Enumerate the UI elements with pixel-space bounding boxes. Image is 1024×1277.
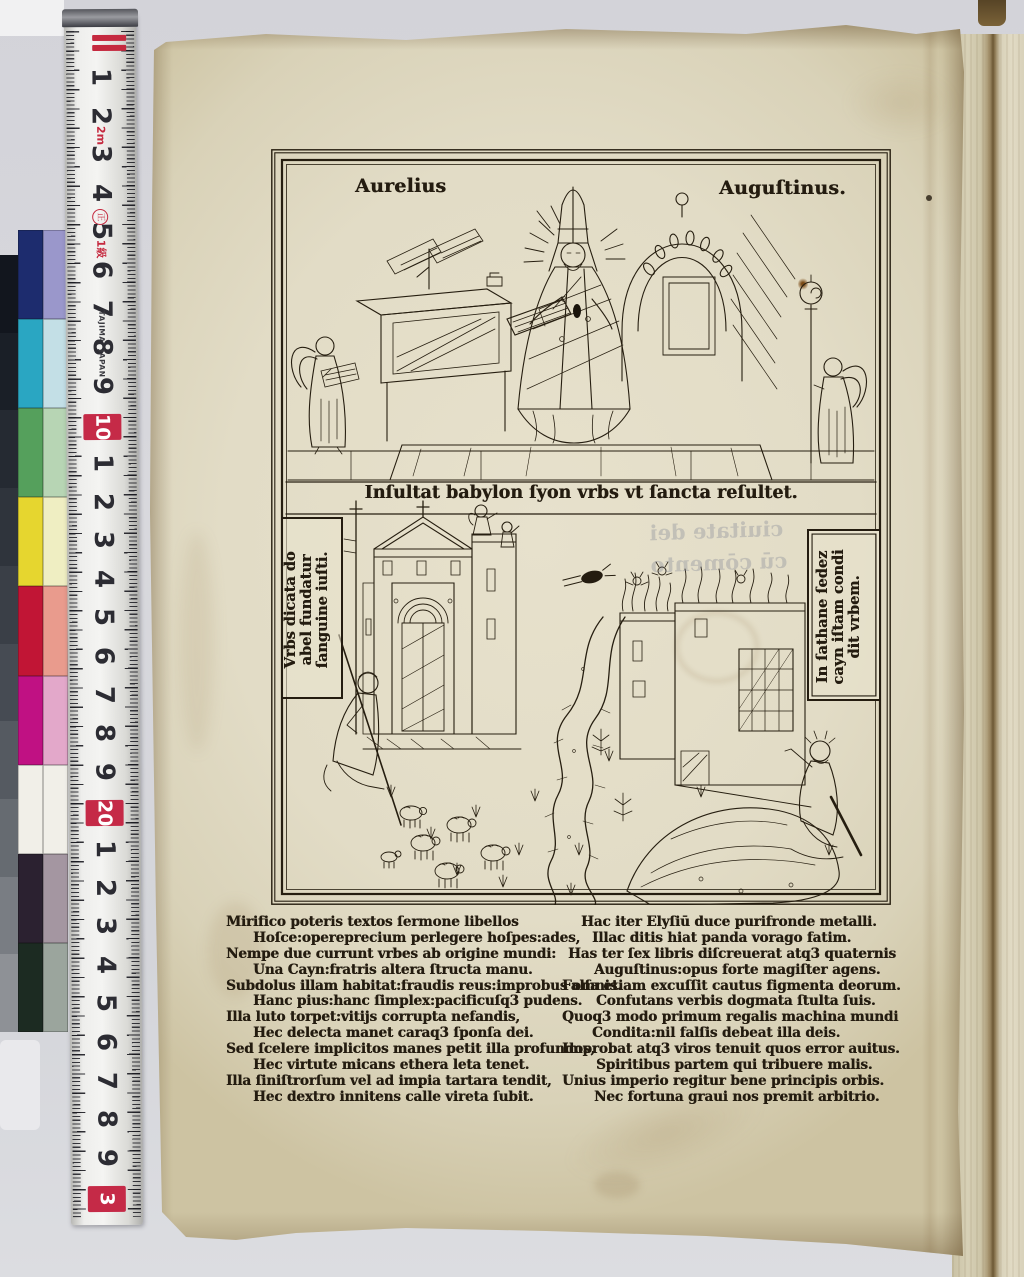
verse-line: Illa luto torpet:vitijs corrupta nefandi… (226, 1009, 560, 1025)
ruler-ticks-right-long (121, 31, 141, 1217)
page-crease (922, 12, 938, 1262)
ruler-number-30cm: 3 (88, 1186, 126, 1212)
ruler-number: 1 (88, 448, 118, 478)
ruler-brand-tajima: TAJIMA (97, 310, 106, 334)
color-patch (43, 408, 68, 497)
gray-step (0, 566, 18, 644)
woodcut-label-aurelius: Aurelius (355, 175, 446, 197)
color-patch (43, 765, 68, 854)
ruler-number-20cm: 20 (86, 800, 124, 826)
verse-line: Hec dextro innitens calle vireta ſubit. (226, 1089, 560, 1105)
color-patch (18, 854, 43, 943)
woodcut-label-augustinus: Auguſtinus. (719, 177, 846, 199)
verse-line: Nempe due currunt vrbes ab origine mundi… (226, 946, 560, 962)
verse-line: Hanc pius:hanc ſimplex:pacificuſq3 puden… (226, 993, 560, 1009)
banner-left-text: Vrbs dicata do abel fundatur ſanguine iu… (283, 519, 345, 701)
ruler-number: 1 (85, 62, 115, 92)
city-of-god (363, 501, 521, 749)
ruler-number: 4 (86, 178, 116, 208)
verse-line: Subdolus illam habitat:fraudis reus:impr… (226, 978, 560, 994)
backing-sheet-edge (0, 1040, 40, 1130)
verse-line: Mirifico poteris textos ſermone libellos (226, 914, 560, 930)
verse-line: Hec delecta manet caraq3 ſponſa dei. (226, 1025, 560, 1041)
color-chart-saturated-column (18, 230, 43, 1032)
ruler-brand-japan: JAPAN (97, 349, 106, 373)
ruler-number: 1 (90, 834, 120, 864)
gray-step (0, 644, 18, 722)
verse-line: Illa ſiniſtrorſum vel ad impia tartara t… (226, 1073, 560, 1089)
color-patch (43, 943, 68, 1032)
color-patch (43, 497, 68, 586)
ruler-number: 6 (89, 641, 119, 671)
verse-line: Condita:nil falſis debeat illa deis. (554, 1025, 904, 1041)
color-patch (43, 586, 68, 675)
foxing-top-right (846, 70, 956, 136)
angel-left (292, 337, 359, 454)
banner-city-of-abel: Vrbs dicata do abel fundatur ſanguine iu… (281, 517, 343, 699)
verse-line: Auguſtinus:opus forte magiſter agens. (554, 962, 904, 978)
grayscale-step-wedge (0, 255, 18, 1032)
verse-line: Una Cayn:fratris altera ſtructa manu. (226, 962, 560, 978)
ruler-number: 2 (88, 486, 118, 516)
verse-line: Illac ditis hiat panda vorago fatim. (554, 930, 904, 946)
ruler-number: 7 (91, 1065, 121, 1095)
banner-left-line: Vrbs dicata do (283, 519, 299, 701)
ruler-end-clip (62, 9, 138, 27)
binding-headband (978, 0, 1006, 26)
verse-line: Falſa etiam excuſſit cautus figmenta deo… (554, 978, 904, 994)
gray-step (0, 410, 18, 488)
color-patch (43, 854, 68, 943)
gray-step (0, 721, 18, 799)
grass (387, 729, 833, 895)
verse-line: Improbat atq3 viros tenuit quos error au… (554, 1041, 904, 1057)
verse-line: Nec fortuna graui nos premit arbitrio. (554, 1089, 904, 1105)
verse-line: Confutans verbis dogmata ſtulta ſuis. (554, 993, 904, 1009)
water-stain-small (594, 1172, 640, 1198)
gray-step (0, 488, 18, 566)
verse-line: Unius imperio regitur bene principis orb… (554, 1073, 904, 1089)
ruler-number: 8 (91, 1104, 121, 1134)
ruler-number: 3 (86, 139, 116, 169)
color-patch (18, 408, 43, 497)
ruler-number-10cm: 10 (83, 414, 121, 440)
gray-step (0, 255, 18, 333)
color-patch (18, 230, 43, 319)
color-patch (18, 765, 43, 854)
verse-line: Spiritibus partem qui tribuere malis. (554, 1057, 904, 1073)
color-patch (18, 319, 43, 408)
city-of-babylon-burning (620, 562, 811, 807)
page-edge-shadow-top (146, 20, 966, 50)
page-edge-shadow-bottom (146, 1212, 966, 1262)
sheep-flock (381, 806, 510, 888)
ruler-number: 6 (86, 255, 116, 285)
woodcut-frame: Aurelius Auguſtinus. Inſultat babylon ſy… (271, 149, 891, 905)
gray-step (0, 333, 18, 411)
gray-step (0, 877, 18, 955)
photograph-of-incunable-leaf: Aurelius Auguſtinus. Inſultat babylon ſy… (0, 0, 1024, 1277)
ruler-number: 6 (91, 1027, 121, 1057)
ruler-number: 2 (90, 872, 120, 902)
verse-line: Hec virtute micans ethera leta tenet. (226, 1057, 560, 1073)
verse-line: Quoq3 modo primum regalis machina mundi (554, 1009, 904, 1025)
verse-line: Hoſce:opereprecium perlegere hoſpes:ades… (226, 930, 560, 946)
woodcut-caption: Inſultat babylon ſyon vrbs vt ſancta reſ… (291, 483, 871, 503)
banner-right-line: In ſathane ſedez (815, 531, 831, 703)
torch (562, 564, 616, 590)
banner-left-line: abel fundatur (299, 519, 315, 701)
ruler-zero-mark (92, 45, 126, 51)
ruler-number: 5 (88, 602, 118, 632)
angel-right (800, 275, 866, 463)
verse-line: Sed ſcelere implicitos manes petit illa … (226, 1041, 560, 1057)
ruler-number: 8 (89, 718, 119, 748)
ruler-number: 9 (87, 371, 117, 401)
verse-line: Hac iter Elyſiū duce purifronde metalli. (554, 914, 904, 930)
book-page: Aurelius Auguſtinus. Inſultat babylon ſy… (146, 12, 966, 1262)
woodcut-illustration (271, 149, 891, 905)
banner-left-line: ſanguine iuſti. (315, 519, 331, 701)
ruler-number: 5 (91, 988, 121, 1018)
ruler-number: 9 (92, 1143, 122, 1173)
scene-augustine-study (288, 187, 874, 480)
banner-right-line: dit vrbem. (847, 531, 863, 703)
banner-right-line: cayn iſtam condi (831, 531, 847, 703)
color-patch (18, 943, 43, 1032)
ruler-number: 7 (89, 679, 119, 709)
measuring-tape-ruler: 1 2 2m 3 4 正 5 1級 6 7 TAJIMA 8 JAPAN 9 1… (64, 13, 143, 1225)
foxing-left-edge (180, 532, 214, 752)
ruler-number: 9 (89, 757, 119, 787)
verse-column-left: Mirifico poteris textos ſermone libellos… (226, 914, 560, 1105)
color-chart-tint-column (43, 230, 68, 1032)
color-patch (18, 586, 43, 675)
ruler-number: 3 (90, 911, 120, 941)
gray-step (0, 799, 18, 877)
color-patch (18, 497, 43, 586)
ruler-zero-mark (92, 35, 126, 41)
verse-line: Has ter ſex libris diſcreuerat atq3 quat… (554, 946, 904, 962)
color-patch (43, 230, 68, 319)
gray-step (0, 954, 18, 1032)
banner-city-of-cain: In ſathane ſedez cayn iſtam condi dit vr… (807, 529, 881, 701)
color-patch (43, 319, 68, 408)
color-patch (43, 676, 68, 765)
verse-column-right: Hac iter Elyſiū duce purifronde metalli.… (554, 914, 904, 1105)
ruler-ticks-left-long (66, 31, 86, 1217)
page-edge-shadow-left (146, 12, 172, 1262)
scene-two-cities (324, 501, 861, 905)
ruler-number: 4 (88, 564, 118, 594)
cain-figure (785, 731, 861, 859)
color-patch (18, 676, 43, 765)
ruler-number: 3 (88, 525, 118, 555)
ruler-number: 4 (90, 950, 120, 980)
banner-right-text: In ſathane ſedez cayn iſtam condi dit vr… (809, 531, 883, 703)
backing-sheet-corner (0, 0, 64, 36)
